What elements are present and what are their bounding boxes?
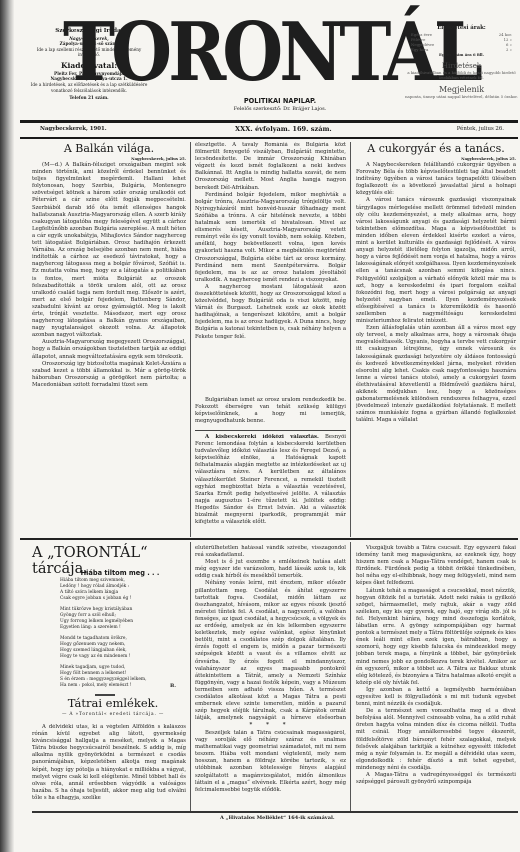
article-balkan-continued: élesztgette. A tavaly Romániá és Bulgári… <box>195 142 346 397</box>
dateline-rule <box>20 137 518 139</box>
article-balkan: A Balkán világa. Nagybecskerek, julius 2… <box>32 142 186 534</box>
article-paragraph: élesztgette. A tavaly Romániá és Bulgári… <box>195 142 346 192</box>
article-title: A Balkán világa. <box>32 142 186 156</box>
article-paragraph: A nagyherceg mostani látogatását azon ös… <box>195 284 346 341</box>
section-rule <box>20 538 518 540</box>
article-balkan-conclusion: Bulgáriában ismét az orosz uralom rendez… <box>195 397 346 427</box>
dateline: Nagybecskerek, 1901. XXX. évfolyam. 169.… <box>20 124 518 136</box>
poem-stanza: Mondd te tagadhatom örökre, Hogy gőzenue… <box>60 636 180 660</box>
subscription-title: Előfizetési árak: <box>405 24 518 32</box>
article-cukorgyar: A cukorgyár és a tanács. Nagybecskerek, … <box>356 142 516 534</box>
article-separator <box>195 430 346 431</box>
volume-number: XXX. évfolyam. 169. szám. <box>235 125 332 133</box>
article-paragraph: Ausztria-Magyarország megegyezett Oroszo… <box>32 339 186 360</box>
book-binding-shadow <box>0 0 14 852</box>
issue-date: Péntek, julius 26. <box>457 126 504 132</box>
bottom-rule <box>32 811 518 813</box>
place-year: Nagybecskerek, 1901. <box>40 126 107 132</box>
article-paragraph: Ferdinánd bolgár fejedelem, mikor meghív… <box>195 192 346 284</box>
column-divider <box>350 142 351 537</box>
article-paragraph: (M—d.) A Balkán-félsziget országaiban me… <box>32 162 186 339</box>
column-divider <box>190 142 191 537</box>
tatrai-subtitle: — A »Torontál« eredeti tárcája. — <box>32 712 194 717</box>
tatrai-text-col1: A délvidéki utas, ki a végtelen Alföldön… <box>32 724 186 808</box>
editor-line: Felelős szerkesztő: Dr. Brájjer Lajos. <box>170 106 390 112</box>
appears-note: naponta, ünnep utáni nappal kivételével,… <box>405 94 518 99</box>
article-paragraph: A délvidéki utas, ki a végtelen Alföldön… <box>32 724 186 802</box>
article-paragraph: A Magas-Tátra a vadregényességgel és ter… <box>356 772 516 786</box>
column-divider <box>190 542 191 812</box>
article-paragraph: De a természet sem vonszolhatta meg el a… <box>356 708 516 772</box>
masthead-rule <box>20 120 518 123</box>
tatrai-title: Tátrai emlékek. <box>32 696 194 710</box>
article-paragraph: A Nagybecskereken felállítandó cukorgyár… <box>356 162 516 197</box>
subscription-box: Előfizetési árak: Egész évre24 kor. Félé… <box>405 24 518 99</box>
article-paragraph: Néhány vonás leírni, mit éreztem, mikor … <box>195 580 346 720</box>
column-divider <box>350 542 351 812</box>
article-paragraph: Bulgáriában ismét az orosz uralom rendez… <box>195 397 346 425</box>
article-paragraph: Viszgáljuk tovább a Tátra csucsait. Egy … <box>356 545 516 588</box>
article-paragraph: Így azonban a kettő a legmélyebb harmóni… <box>356 687 516 708</box>
poem: Hiába tiltom meg . . . Hiába tiltom meg … <box>60 570 180 694</box>
article-paragraph: Beszéljek talán a Tátra csúcsainak magas… <box>195 730 346 794</box>
tatrai-heading-block: Tátrai emlékek. — A »Torontál« eredeti t… <box>32 696 194 717</box>
section-stars: * * * <box>195 722 346 730</box>
article-title: A cukorgyár és a tanács. <box>356 142 516 156</box>
poem-stanza: Mint tükrözve hegy kristályában Gyöngy f… <box>60 607 180 631</box>
supplement-note: A „Hivatalos Melléklet“ 164-ik számával. <box>220 815 335 821</box>
single-copy-price: Egyes szám ára 6 fill. <box>405 52 518 57</box>
tatrai-text-col2-after-stars: Beszéljek talán a Tátra csúcsainak magas… <box>195 730 346 810</box>
tatrai-text-col3: Viszgáljuk tovább a Tátra csucsait. Egy … <box>356 545 516 810</box>
tatrai-text-col2: elutérülhetetlen hatással vándik szivébe… <box>195 545 346 720</box>
article-paragraph: Ezen állásfoglalás után azonban áll a vá… <box>356 325 516 424</box>
article-lead: A kisbecskereki időközi választás. <box>205 434 319 440</box>
article-kisbecskerek: A kisbecskereki időközi választás. Besny… <box>195 434 346 534</box>
appears-title: Megjelenik <box>405 85 518 94</box>
article-text: Besnyői Ferenc lemondása folytán a kisbe… <box>195 434 346 525</box>
newspaper-title: TORONTÁL <box>142 4 400 98</box>
article-paragraph: Oroszország igy biztosította magának Kel… <box>32 361 186 389</box>
poem-signature: B. <box>170 683 176 689</box>
ads-title: Hirdetések <box>405 62 518 70</box>
newspaper-page: Szerkesztőségi Iroda: Nagy-Becskerek, Zá… <box>20 0 518 852</box>
poem-stanza: Hiába tiltom meg szivemnek, Ledöny ! hog… <box>60 578 180 602</box>
article-paragraph: elutérülhetetlen hatással vándik szivébe… <box>195 545 346 559</box>
article-paragraph: Látunk tehát a magasságot a csucsokkal, … <box>356 588 516 687</box>
newspaper-subtitle: POLITIKAI NAPILAP. <box>170 97 390 105</box>
ads-note: a kiadóhivatalban és a külföldi és hazai… <box>405 70 518 80</box>
poem-title: Hiába tiltom meg . . . <box>60 570 180 576</box>
article-paragraph: A városi tanács városunk gazdasági viszo… <box>356 197 516 325</box>
article-paragraph: Most is ő jut eszembe s emlékeinek hatás… <box>195 559 346 580</box>
poem-stanza: Minek tagadjam, ugye tudod, Hogy fölt be… <box>60 665 180 689</box>
